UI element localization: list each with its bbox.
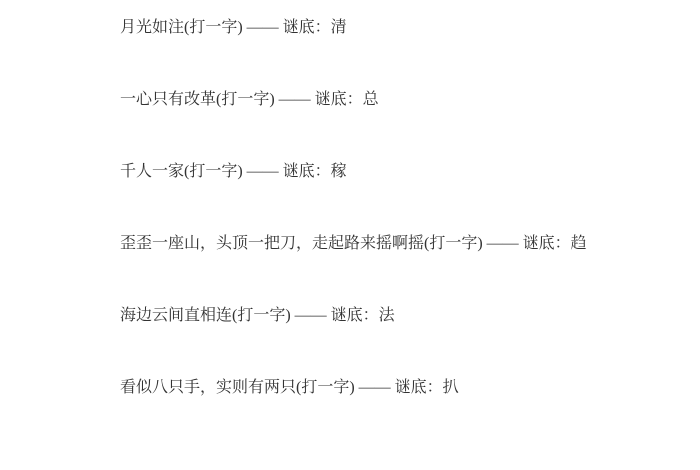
- riddle-line-6: 看似八只手，实则有两只(打一字) —— 谜底：扒: [96, 370, 608, 405]
- riddle-document: 月光如注(打一字) —— 谜底：清 一心只有改革(打一字) —— 谜底：总 千人…: [0, 0, 700, 405]
- document-page: { "page": { "background_color": "#ffffff…: [0, 0, 700, 470]
- riddle-line-4: 歪歪一座山，头顶一把刀，走起路来摇啊摇(打一字) —— 谜底：趋: [96, 226, 608, 261]
- riddle-line-2: 一心只有改革(打一字) —— 谜底：总: [96, 82, 608, 117]
- riddle-line-1: 月光如注(打一字) —— 谜底：清: [96, 10, 608, 45]
- riddle-line-3: 千人一家(打一字) —— 谜底：稼: [96, 154, 608, 189]
- riddle-line-5: 海边云间直相连(打一字) —— 谜底：法: [96, 298, 608, 333]
